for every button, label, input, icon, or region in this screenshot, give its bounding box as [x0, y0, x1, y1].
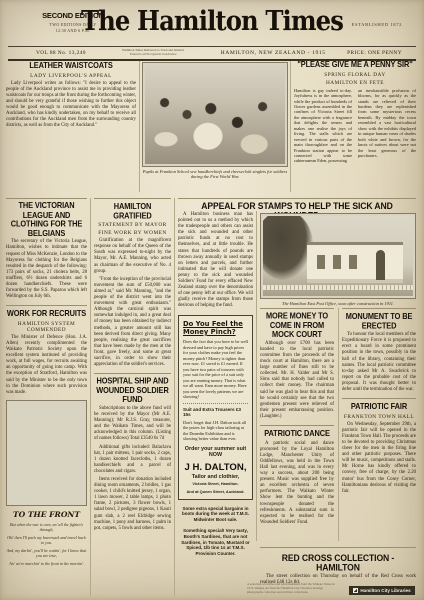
price-label: PRICE: ONE PENNY — [347, 50, 402, 56]
ad-heading: Do You Feel the Money Pinch? — [183, 320, 248, 337]
article-body-appeal-stamps: A Hamilton business man has pointed out … — [178, 212, 253, 310]
volume-label: VOL 88 No. 13,240 — [36, 50, 86, 56]
article-paragraph: Additional gifts included: Balaclava hat… — [94, 445, 171, 475]
column-rule — [338, 308, 339, 541]
poem-line: An' we're marchin' to the front in the m… — [6, 561, 87, 566]
advertiser-name: J H. DALTON, — [183, 462, 248, 473]
article-heading: HOSPITAL SHIP AND WOUNDED SOLDIER FUND — [94, 377, 171, 405]
library-logo-box: Hamilton City Libraries — [349, 586, 414, 595]
classroom-photo-image — [145, 65, 285, 164]
column-1: THE VICTORIAN LEAGUE AND CLOTHING FOR TH… — [6, 198, 87, 569]
library-logo: Hamilton City Libraries TE OHOMAURI O KI… — [347, 580, 417, 600]
masthead: SECOND EDITION TWO EDITIONS DAILY 12.30 … — [0, 0, 424, 46]
article-heading: PATRIOTIC FAIR — [342, 403, 416, 412]
ad-price-line: Suit and Extra Trousers £3 15s — [183, 403, 248, 417]
ad-body: Does the fact that you have to be well d… — [183, 339, 248, 400]
delivery-note: Hamilton Times Delivered to Town and Sub… — [107, 49, 199, 57]
advertiser-line-3: And at Queen Street, Auckland. — [183, 489, 248, 494]
article-body: The Minister of Defence (Hon. J.A. Allen… — [6, 335, 87, 396]
column-rule — [90, 198, 91, 596]
article-paragraph: Subscriptions to the above fund will be … — [94, 406, 171, 443]
article-heading: LEATHER WAISTCOATS — [6, 62, 136, 71]
article-separator — [6, 305, 87, 306]
dateline-label: HAMILTON, NEW ZEALAND - 1915 — [221, 50, 326, 56]
ad-order-line: Order your summer suit NOW — [183, 446, 248, 459]
article-heading: WORK FOR RECRUITS — [6, 310, 87, 319]
article-separator — [260, 425, 334, 426]
column-rule — [290, 61, 291, 192]
postoffice-photo-block: The Hamilton East Post Office, soon afte… — [260, 213, 416, 306]
article-heading: MONUMENT TO BE ERECTED — [342, 312, 416, 331]
article-body: On Wednesday, September 29th, a patrioti… — [342, 422, 416, 495]
article-body-col-a: Hamilton is gay indeed to-day. Joyfulnes… — [294, 88, 352, 164]
article-heading: THE VICTORIAN LEAGUE AND CLOTHING FOR TH… — [6, 202, 87, 239]
article-work-for-recruits: WORK FOR RECRUITS HAMILTON SYSTEM COMMEN… — [6, 310, 87, 396]
fence-shape — [263, 285, 413, 290]
column-5: MONUMENT TO BE ERECTED To honour the loc… — [342, 308, 416, 497]
tms-boots-ad: Some extra special bargains in boots dur… — [178, 506, 253, 523]
article-body-col-b: an inexhaustible profusion of blooms, fo… — [358, 88, 416, 164]
article-separator — [342, 398, 416, 399]
classroom-photo — [142, 62, 288, 167]
article-subhead-2: HAMILTON EN FETE — [294, 80, 416, 86]
article-patriotic-dance: PATRIOTIC DANCE A patriotic social and d… — [260, 430, 334, 526]
article-heading: MORE MONEY TO COME IN FROM MOCK COURT — [260, 312, 334, 340]
column-3: A Hamilton business man has pointed out … — [178, 212, 253, 556]
article-heading: RED CROSS COLLECTION - HAMILTON — [260, 553, 416, 572]
article-paragraph: Items received for donation included din… — [94, 477, 171, 532]
article-more-money: MORE MONEY TO COME IN FROM MOCK COURT Al… — [260, 313, 334, 420]
column-4: MORE MONEY TO COME IN FROM MOCK COURT Al… — [260, 308, 334, 528]
page-body: LEATHER WAISTCOATS LADY LIVERPOOL'S APPE… — [0, 58, 424, 600]
article-subhead: LADY LIVERPOOL'S APPEAL — [6, 73, 136, 79]
poem-line: Oh! then I'll pack my haversack and trav… — [6, 535, 87, 545]
article-separator — [94, 373, 171, 374]
article-subhead-1: SPRING FLORAL DAY — [294, 72, 416, 78]
two-column-body: Hamilton is gay indeed to-day. Joyfulnes… — [294, 88, 416, 164]
column-rule — [174, 198, 175, 596]
poem-to-the-front: TO THE FRONT But when the war is over, a… — [6, 510, 87, 566]
newspaper-page: SECOND EDITION TWO EDITIONS DAILY 12.30 … — [0, 0, 424, 600]
advertiser-line-1: Tailor and clothier, — [183, 474, 248, 480]
library-logo-label: Hamilton City Libraries — [360, 588, 410, 593]
postoffice-photo-image — [263, 216, 413, 296]
article-body: A patriotic social and dance promoted by… — [260, 441, 334, 526]
article-heading: "PLEASE GIVE ME A PENNY SIR" — [294, 61, 416, 70]
building-shape — [307, 242, 403, 283]
article-body: Lady Liverpool writes as follows: "I des… — [6, 81, 136, 130]
advertiser-line-2: Victoria Street, Hamilton. — [183, 481, 248, 486]
postoffice-photo-caption: The Hamilton East Post Office, soon afte… — [260, 301, 416, 306]
article-hospital-ship-fund: HOSPITAL SHIP AND WOUNDED SOLDIER FUND S… — [94, 378, 171, 532]
classroom-photo-block: Pupils at Frankton School sew handkerchi… — [142, 62, 288, 180]
postoffice-photo — [260, 213, 416, 299]
article-paragraph: "From the inception of the provincial mo… — [94, 277, 171, 368]
tms-sardines-ad: Something special! Very tasty, Booth's S… — [178, 528, 253, 556]
column-rule — [256, 211, 257, 541]
delivery-note-line-2: Posted to all Per Quarter in Advance — [130, 52, 177, 56]
article-subhead: HAMILTON SYSTEM COMMENDED — [6, 321, 87, 333]
article-victorian-league: THE VICTORIAN LEAGUE AND CLOTHING FOR TH… — [6, 203, 87, 300]
column-2: HAMILTON GRATIFIED STATEMENT BY MAYOR FI… — [94, 198, 171, 534]
established-label: ESTABLISHED 1872 — [352, 22, 402, 27]
article-subhead: FRANKTON TOWN HALL — [342, 414, 416, 420]
money-pinch-ad: Do You Feel the Money Pinch? Does the fa… — [178, 315, 253, 500]
article-hamilton-gratified: HAMILTON GRATIFIED STATEMENT BY MAYOR FI… — [94, 203, 171, 368]
article-paragraph: Gratification at the magnificent respons… — [94, 238, 171, 275]
article-body: Although over £700 has been handed to th… — [260, 341, 334, 420]
poem-title: TO THE FRONT — [6, 510, 87, 519]
classroom-photo-caption: Pupils at Frankton School sew handkerchi… — [142, 169, 288, 180]
article-penny-sir: "PLEASE GIVE ME A PENNY SIR" SPRING FLOR… — [294, 60, 416, 164]
article-monument: MONUMENT TO BE ERECTED To honour the loc… — [342, 313, 416, 393]
article-heading: PATRIOTIC DANCE — [260, 430, 334, 439]
poem-line: But when the war is over, an' all the fi… — [6, 522, 87, 532]
article-subhead-2: FINE WORK BY WOMEN — [94, 230, 171, 236]
tree-shape — [263, 216, 313, 280]
door-shape — [376, 250, 385, 280]
footer-credit: A selection of articles and advertisemen… — [247, 582, 337, 594]
article-heading: HAMILTON GRATIFIED — [94, 202, 171, 221]
library-logo-icon — [353, 588, 358, 593]
paper-title: The Hamilton Times — [21, 7, 403, 37]
article-patriotic-fair: PATRIOTIC FAIR FRANKTON TOWN HALL On Wed… — [342, 403, 416, 495]
poem-line: And, my darlin', you'll be waitin', for … — [6, 548, 87, 558]
article-body: To honour the local members of the Exped… — [342, 332, 416, 393]
article-leather-waistcoats: LEATHER WAISTCOATS LADY LIVERPOOL'S APPE… — [6, 61, 136, 131]
article-subhead-1: STATEMENT BY MAYOR — [94, 222, 171, 228]
soldier-collage-image — [9, 403, 84, 503]
column-rule — [139, 61, 140, 192]
ad-body-2: Don't forget that J.H. Dalton took all t… — [183, 420, 248, 442]
soldier-collage-photo — [6, 400, 87, 506]
window-shapes — [317, 255, 325, 269]
article-body: The secretary of the Victoria League, Ha… — [6, 239, 87, 300]
